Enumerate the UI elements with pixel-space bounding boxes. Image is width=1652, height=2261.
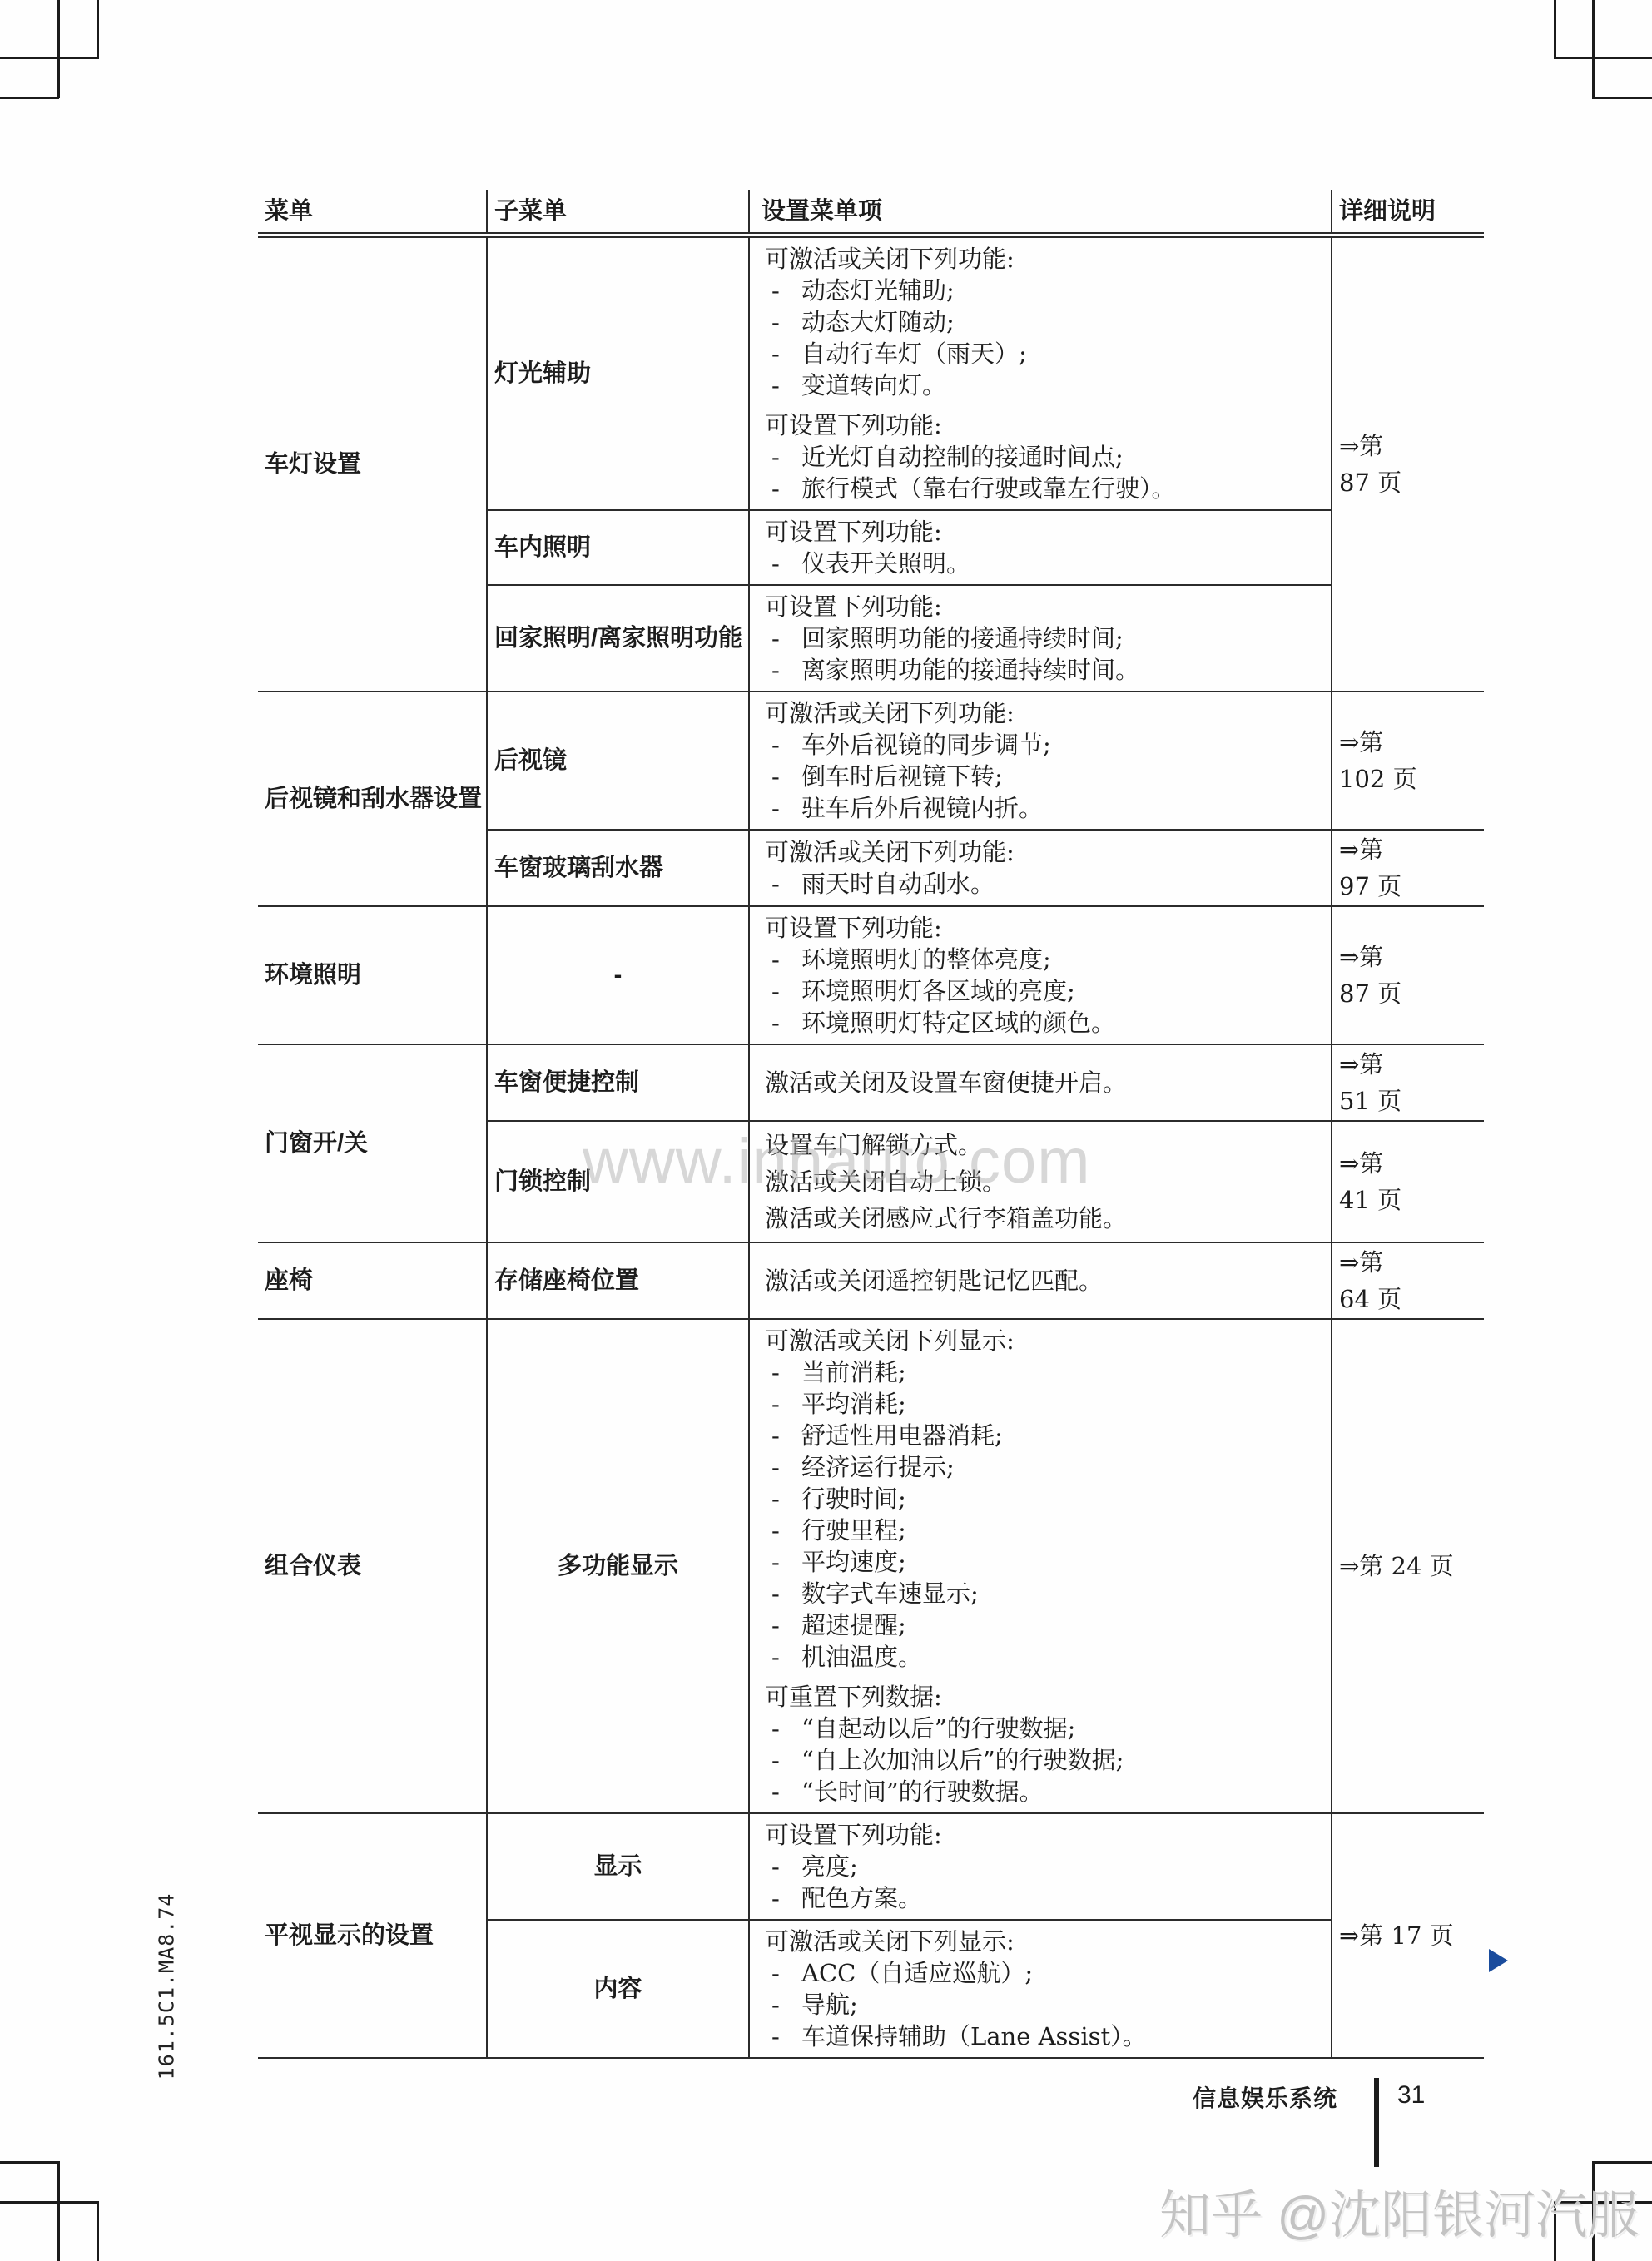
settings-item-text: 环境照明灯特定区域的颜色。 bbox=[801, 1009, 1115, 1037]
submenu-cell: - bbox=[487, 906, 749, 1044]
crop-mark bbox=[0, 2201, 99, 2204]
page-ref-line: 41 页 bbox=[1339, 1182, 1483, 1218]
settings-item-text: “自上次加油以后”的行驶数据; bbox=[801, 1746, 1124, 1774]
settings-item: -环境照明灯特定区域的颜色。 bbox=[753, 1007, 1327, 1039]
settings-item: -倒车时后视镜下转; bbox=[753, 761, 1327, 792]
page-ref-line: 87 页 bbox=[1339, 464, 1483, 501]
submenu-cell: 车窗玻璃刮水器 bbox=[487, 830, 749, 906]
bullet-dash: - bbox=[766, 1776, 801, 1807]
menu-cell: 门窗开/关 bbox=[258, 1044, 487, 1242]
settings-item: -行驶里程; bbox=[753, 1515, 1327, 1546]
settings-item: -变道转向灯。 bbox=[753, 369, 1327, 401]
submenu-cell: 内容 bbox=[487, 1920, 749, 2058]
settings-item-text: 雨天时自动刮水。 bbox=[801, 870, 995, 898]
menu-cell: 后视镜和刮水器设置 bbox=[258, 692, 487, 906]
submenu-cell: 显示 bbox=[487, 1813, 749, 1920]
settings-block: 可激活或关闭下列显示:-ACC（自适应巡航）;-导航;-车道保持辅助（Lane … bbox=[753, 1926, 1327, 2052]
settings-cell: 可激活或关闭下列功能:-动态灯光辅助;-动态大灯随动;-自动行车灯（雨天）;-变… bbox=[749, 235, 1332, 510]
column-header-detail: 详细说明 bbox=[1332, 190, 1484, 235]
settings-cell: 可激活或关闭下列功能:-车外后视镜的同步调节;-倒车时后视镜下转;-驻车后外后视… bbox=[749, 692, 1332, 830]
settings-intro: 可重置下列数据: bbox=[753, 1681, 1327, 1713]
settings-table: 菜单 子菜单 设置菜单项 详细说明 车灯设置灯光辅助可激活或关闭下列功能:-动态… bbox=[258, 190, 1484, 2059]
page-ref-line: ⇒第 bbox=[1339, 1046, 1483, 1083]
settings-item-text: 回家照明功能的接通持续时间; bbox=[801, 624, 1124, 652]
settings-item: -回家照明功能的接通持续时间; bbox=[753, 622, 1327, 654]
column-header-settings: 设置菜单项 bbox=[749, 190, 1332, 235]
table-row: 门窗开/关车窗便捷控制激活或关闭及设置车窗便捷开启。⇒第51 页 bbox=[258, 1044, 1484, 1121]
crop-mark bbox=[97, 2201, 99, 2261]
settings-item-text: 超速提醒; bbox=[801, 1611, 906, 1639]
settings-item-text: 车道保持辅助（Lane Assist）。 bbox=[801, 2022, 1147, 2050]
crop-mark bbox=[1592, 0, 1595, 98]
settings-item: -车道保持辅助（Lane Assist）。 bbox=[753, 2021, 1327, 2052]
bullet-dash: - bbox=[766, 548, 801, 579]
settings-intro: 可设置下列功能: bbox=[753, 591, 1327, 622]
page-ref-line: ⇒第 24 页 bbox=[1339, 1548, 1483, 1584]
settings-item-text: 旅行模式（靠右行驶或靠左行驶）。 bbox=[801, 474, 1176, 503]
settings-block: 可设置下列功能:-亮度;-配色方案。 bbox=[753, 1819, 1327, 1914]
page-ref-line: ⇒第 17 页 bbox=[1339, 1917, 1483, 1954]
submenu-cell: 回家照明/离家照明功能 bbox=[487, 585, 749, 692]
table-row: 组合仪表多功能显示可激活或关闭下列显示:-当前消耗;-平均消耗;-舒适性用电器消… bbox=[258, 1319, 1484, 1813]
bullet-dash: - bbox=[766, 441, 801, 473]
settings-item-text: 配色方案。 bbox=[801, 1884, 922, 1912]
settings-line: 激活或关闭遥控钥匙记忆匹配。 bbox=[753, 1262, 1327, 1299]
submenu-cell: 后视镜 bbox=[487, 692, 749, 830]
submenu-cell: 多功能显示 bbox=[487, 1319, 749, 1813]
settings-item-text: ACC（自适应巡航）; bbox=[801, 1959, 1033, 1987]
print-code: 161.5C1.MA8.74 bbox=[155, 1877, 180, 2097]
page-ref-line: ⇒第 bbox=[1339, 724, 1483, 761]
footer-divider-bar bbox=[1374, 2078, 1379, 2167]
bullet-dash: - bbox=[766, 1420, 801, 1451]
settings-item: -近光灯自动控制的接通时间点; bbox=[753, 441, 1327, 473]
table-header-row: 菜单 子菜单 设置菜单项 详细说明 bbox=[258, 190, 1484, 235]
settings-item-text: 动态大灯随动; bbox=[801, 308, 955, 336]
bullet-dash: - bbox=[766, 1483, 801, 1515]
settings-intro: 可设置下列功能: bbox=[753, 516, 1327, 548]
settings-item: -动态大灯随动; bbox=[753, 306, 1327, 338]
table-row: 车灯设置灯光辅助可激活或关闭下列功能:-动态灯光辅助;-动态大灯随动;-自动行车… bbox=[258, 235, 1484, 510]
bullet-dash: - bbox=[766, 1882, 801, 1914]
settings-item-text: 导航; bbox=[801, 1991, 858, 2019]
settings-item: -环境照明灯各区域的亮度; bbox=[753, 975, 1327, 1007]
settings-item: -“自起动以后”的行驶数据; bbox=[753, 1713, 1327, 1744]
footer-section-title: 信息娱乐系统 bbox=[1193, 2080, 1337, 2114]
settings-intro: 可激活或关闭下列功能: bbox=[753, 243, 1327, 275]
column-header-menu: 菜单 bbox=[258, 190, 487, 235]
bullet-dash: - bbox=[766, 306, 801, 338]
settings-cell: 激活或关闭遥控钥匙记忆匹配。 bbox=[749, 1242, 1332, 1319]
settings-intro: 可设置下列功能: bbox=[753, 409, 1327, 441]
crop-mark bbox=[57, 2161, 60, 2261]
bullet-dash: - bbox=[766, 1957, 801, 1989]
settings-item-text: 经济运行提示; bbox=[801, 1453, 955, 1481]
bullet-dash: - bbox=[766, 338, 801, 369]
settings-intro: 可设置下列功能: bbox=[753, 912, 1327, 944]
settings-block: 可激活或关闭下列显示:-当前消耗;-平均消耗;-舒适性用电器消耗;-经济运行提示… bbox=[753, 1325, 1327, 1673]
menu-cell: 座椅 bbox=[258, 1242, 487, 1319]
submenu-cell: 灯光辅助 bbox=[487, 235, 749, 510]
settings-line: 激活或关闭及设置车窗便捷开启。 bbox=[753, 1064, 1327, 1101]
page-ref-line: ⇒第 bbox=[1339, 1244, 1483, 1281]
settings-intro: 可激活或关闭下列显示: bbox=[753, 1926, 1327, 1957]
bullet-dash: - bbox=[766, 1546, 801, 1578]
bullet-dash: - bbox=[766, 944, 801, 975]
settings-cell: 可设置下列功能:-回家照明功能的接通持续时间;-离家照明功能的接通持续时间。 bbox=[749, 585, 1332, 692]
page-ref-line: ⇒第 bbox=[1339, 831, 1483, 868]
watermark-credit: 知乎 @沈阳银河汽服 bbox=[1159, 2174, 1639, 2248]
page-ref-cell: ⇒第102 页 bbox=[1332, 692, 1484, 830]
bullet-dash: - bbox=[766, 275, 801, 306]
crop-mark bbox=[1554, 0, 1556, 58]
settings-item: -自动行车灯（雨天）; bbox=[753, 338, 1327, 369]
settings-item-text: 离家照明功能的接通持续时间。 bbox=[801, 656, 1139, 684]
settings-item-text: 动态灯光辅助; bbox=[801, 276, 955, 305]
settings-item: -雨天时自动刮水。 bbox=[753, 868, 1327, 900]
table-row: 环境照明-可设置下列功能:-环境照明灯的整体亮度;-环境照明灯各区域的亮度;-环… bbox=[258, 906, 1484, 1044]
settings-item-text: 平均速度; bbox=[801, 1548, 906, 1576]
settings-item: -数字式车速显示; bbox=[753, 1578, 1327, 1609]
settings-intro: 可设置下列功能: bbox=[753, 1819, 1327, 1851]
settings-item: -动态灯光辅助; bbox=[753, 275, 1327, 306]
bullet-dash: - bbox=[766, 1713, 801, 1744]
settings-intro: 可激活或关闭下列功能: bbox=[753, 697, 1327, 729]
page-ref-line: ⇒第 bbox=[1339, 428, 1483, 464]
page-ref-cell: ⇒第 17 页 bbox=[1332, 1813, 1484, 2058]
menu-cell: 组合仪表 bbox=[258, 1319, 487, 1813]
settings-item-text: 数字式车速显示; bbox=[801, 1579, 979, 1608]
crop-mark bbox=[0, 2161, 59, 2164]
page-ref-cell: ⇒第 24 页 bbox=[1332, 1319, 1484, 1813]
page-ref-line: 51 页 bbox=[1339, 1083, 1483, 1119]
settings-item-text: 环境照明灯各区域的亮度; bbox=[801, 977, 1075, 1005]
bullet-dash: - bbox=[766, 1851, 801, 1882]
settings-item-text: 驻车后外后视镜内折。 bbox=[801, 794, 1043, 822]
page-ref-cell: ⇒第64 页 bbox=[1332, 1242, 1484, 1319]
bullet-dash: - bbox=[766, 473, 801, 504]
page-ref-cell: ⇒第87 页 bbox=[1332, 235, 1484, 692]
settings-cell: 可激活或关闭下列显示:-当前消耗;-平均消耗;-舒适性用电器消耗;-经济运行提示… bbox=[749, 1319, 1332, 1813]
bullet-dash: - bbox=[766, 369, 801, 401]
watermark-url: www.inhauto.com bbox=[583, 1125, 1091, 1197]
settings-cell: 激活或关闭及设置车窗便捷开启。 bbox=[749, 1044, 1332, 1121]
settings-block: 可激活或关闭下列功能:-动态灯光辅助;-动态大灯随动;-自动行车灯（雨天）;-变… bbox=[753, 243, 1327, 401]
submenu-cell: 车内照明 bbox=[487, 510, 749, 585]
settings-item-text: “长时间”的行驶数据。 bbox=[801, 1778, 1044, 1806]
crop-mark bbox=[0, 97, 59, 99]
settings-block: 可激活或关闭下列功能:-车外后视镜的同步调节;-倒车时后视镜下转;-驻车后外后视… bbox=[753, 697, 1327, 824]
settings-block: 可设置下列功能:-回家照明功能的接通持续时间;-离家照明功能的接通持续时间。 bbox=[753, 591, 1327, 686]
page-continues-triangle-icon bbox=[1489, 1949, 1508, 1972]
settings-item: -ACC（自适应巡航）; bbox=[753, 1957, 1327, 1989]
settings-item: -平均消耗; bbox=[753, 1388, 1327, 1420]
settings-item-text: 环境照明灯的整体亮度; bbox=[801, 945, 1051, 974]
settings-item: -旅行模式（靠右行驶或靠左行驶）。 bbox=[753, 473, 1327, 504]
settings-item-text: 近光灯自动控制的接通时间点; bbox=[801, 443, 1124, 471]
page-ref-line: 102 页 bbox=[1339, 761, 1483, 797]
settings-cell: 可设置下列功能:-仪表开关照明。 bbox=[749, 510, 1332, 585]
settings-intro: 可激活或关闭下列显示: bbox=[753, 1325, 1327, 1356]
settings-item-text: 自动行车灯（雨天）; bbox=[801, 340, 1027, 368]
bullet-dash: - bbox=[766, 1578, 801, 1609]
settings-cell: 可激活或关闭下列功能:-雨天时自动刮水。 bbox=[749, 830, 1332, 906]
bullet-dash: - bbox=[766, 1609, 801, 1641]
settings-item: -亮度; bbox=[753, 1851, 1327, 1882]
settings-item: -离家照明功能的接通持续时间。 bbox=[753, 654, 1327, 686]
settings-item-text: 平均消耗; bbox=[801, 1390, 906, 1418]
bullet-dash: - bbox=[766, 1356, 801, 1388]
menu-cell: 车灯设置 bbox=[258, 235, 487, 692]
crop-mark bbox=[1554, 57, 1652, 59]
settings-item: -车外后视镜的同步调节; bbox=[753, 729, 1327, 761]
bullet-dash: - bbox=[766, 792, 801, 824]
bullet-dash: - bbox=[766, 761, 801, 792]
menu-cell: 环境照明 bbox=[258, 906, 487, 1044]
settings-item-text: 行驶时间; bbox=[801, 1485, 906, 1513]
footer-page-number: 31 bbox=[1397, 2081, 1425, 2110]
settings-item: -驻车后外后视镜内折。 bbox=[753, 792, 1327, 824]
settings-cell: 可设置下列功能:-亮度;-配色方案。 bbox=[749, 1813, 1332, 1920]
bullet-dash: - bbox=[766, 729, 801, 761]
table-row: 座椅存储座椅位置激活或关闭遥控钥匙记忆匹配。⇒第64 页 bbox=[258, 1242, 1484, 1319]
page-ref-line: ⇒第 bbox=[1339, 939, 1483, 975]
settings-block: 可设置下列功能:-近光灯自动控制的接通时间点;-旅行模式（靠右行驶或靠左行驶）。 bbox=[753, 409, 1327, 504]
crop-mark bbox=[1592, 97, 1652, 99]
settings-item: -环境照明灯的整体亮度; bbox=[753, 944, 1327, 975]
crop-mark bbox=[1592, 2161, 1652, 2164]
settings-item-text: 亮度; bbox=[801, 1852, 858, 1881]
settings-item-text: “自起动以后”的行驶数据; bbox=[801, 1714, 1075, 1743]
settings-item-text: 舒适性用电器消耗; bbox=[801, 1421, 1003, 1450]
settings-item-text: 倒车时后视镜下转; bbox=[801, 762, 1003, 791]
bullet-dash: - bbox=[766, 975, 801, 1007]
table-row: 后视镜和刮水器设置后视镜可激活或关闭下列功能:-车外后视镜的同步调节;-倒车时后… bbox=[258, 692, 1484, 830]
page-ref-cell: ⇒第41 页 bbox=[1332, 1121, 1484, 1242]
bullet-dash: - bbox=[766, 1388, 801, 1420]
settings-item: -超速提醒; bbox=[753, 1609, 1327, 1641]
settings-item: -当前消耗; bbox=[753, 1356, 1327, 1388]
settings-block: 可设置下列功能:-环境照明灯的整体亮度;-环境照明灯各区域的亮度;-环境照明灯特… bbox=[753, 912, 1327, 1039]
settings-item: -经济运行提示; bbox=[753, 1451, 1327, 1483]
settings-line: 激活或关闭感应式行李箱盖功能。 bbox=[753, 1200, 1327, 1237]
settings-item: -“长时间”的行驶数据。 bbox=[753, 1776, 1327, 1807]
settings-item-text: 行驶里程; bbox=[801, 1516, 906, 1545]
settings-block: 可重置下列数据:-“自起动以后”的行驶数据;-“自上次加油以后”的行驶数据;-“… bbox=[753, 1681, 1327, 1807]
settings-item: -行驶时间; bbox=[753, 1483, 1327, 1515]
settings-item-text: 变道转向灯。 bbox=[801, 371, 946, 399]
bullet-dash: - bbox=[766, 868, 801, 900]
page-ref-cell: ⇒第97 页 bbox=[1332, 830, 1484, 906]
bullet-dash: - bbox=[766, 1451, 801, 1483]
bullet-dash: - bbox=[766, 1744, 801, 1776]
settings-cell: 可设置下列功能:-环境照明灯的整体亮度;-环境照明灯各区域的亮度;-环境照明灯特… bbox=[749, 906, 1332, 1044]
page-ref-line: 64 页 bbox=[1339, 1281, 1483, 1317]
bullet-dash: - bbox=[766, 2021, 801, 2052]
settings-cell: 可激活或关闭下列显示:-ACC（自适应巡航）;-导航;-车道保持辅助（Lane … bbox=[749, 1920, 1332, 2058]
bullet-dash: - bbox=[766, 1989, 801, 2021]
page-ref-cell: ⇒第87 页 bbox=[1332, 906, 1484, 1044]
menu-cell: 平视显示的设置 bbox=[258, 1813, 487, 2058]
crop-mark bbox=[57, 0, 60, 98]
page-ref-line: 87 页 bbox=[1339, 975, 1483, 1012]
settings-item: -机油温度。 bbox=[753, 1641, 1327, 1673]
crop-mark bbox=[97, 0, 99, 58]
page-ref-line: 97 页 bbox=[1339, 868, 1483, 905]
settings-item: -导航; bbox=[753, 1989, 1327, 2021]
settings-item: -舒适性用电器消耗; bbox=[753, 1420, 1327, 1451]
settings-item-text: 仪表开关照明。 bbox=[801, 549, 970, 578]
settings-item-text: 车外后视镜的同步调节; bbox=[801, 731, 1051, 759]
page-ref-cell: ⇒第51 页 bbox=[1332, 1044, 1484, 1121]
submenu-cell: 存储座椅位置 bbox=[487, 1242, 749, 1319]
settings-intro: 可激活或关闭下列功能: bbox=[753, 836, 1327, 868]
settings-block: 可设置下列功能:-仪表开关照明。 bbox=[753, 516, 1327, 579]
settings-item-text: 机油温度。 bbox=[801, 1643, 922, 1671]
page-ref-line: ⇒第 bbox=[1339, 1145, 1483, 1182]
settings-item-text: 当前消耗; bbox=[801, 1358, 906, 1386]
crop-mark bbox=[0, 57, 99, 59]
settings-item: -平均速度; bbox=[753, 1546, 1327, 1578]
column-header-submenu: 子菜单 bbox=[487, 190, 749, 235]
bullet-dash: - bbox=[766, 622, 801, 654]
bullet-dash: - bbox=[766, 1515, 801, 1546]
settings-item: -“自上次加油以后”的行驶数据; bbox=[753, 1744, 1327, 1776]
submenu-cell: 车窗便捷控制 bbox=[487, 1044, 749, 1121]
settings-item: -配色方案。 bbox=[753, 1882, 1327, 1914]
settings-item: -仪表开关照明。 bbox=[753, 548, 1327, 579]
bullet-dash: - bbox=[766, 1007, 801, 1039]
bullet-dash: - bbox=[766, 1641, 801, 1673]
table-row: 平视显示的设置显示可设置下列功能:-亮度;-配色方案。⇒第 17 页 bbox=[258, 1813, 1484, 1920]
bullet-dash: - bbox=[766, 654, 801, 686]
settings-block: 可激活或关闭下列功能:-雨天时自动刮水。 bbox=[753, 836, 1327, 900]
